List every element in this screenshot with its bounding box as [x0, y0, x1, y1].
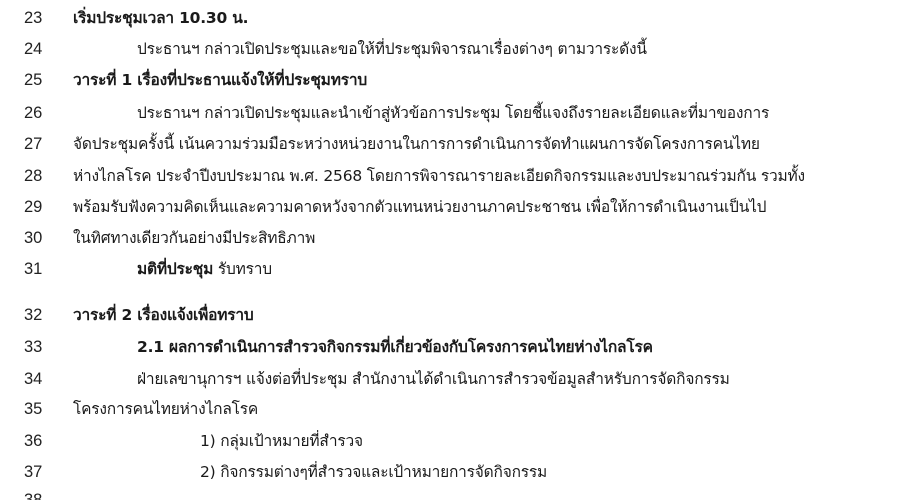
- line-33: 33 2.1 ผลการดำเนินการสำรวจกิจกรรมที่เกี่…: [0, 332, 900, 362]
- line-26: 26 ประธานฯ กล่าวเปิดประชุมและนำเข้าสู่หั…: [0, 98, 900, 128]
- resolution-text: มติที่ประชุม รับทราบ: [137, 254, 867, 284]
- line-number: 36: [24, 426, 54, 456]
- line-28: 28 ห่างไกลโรค ประจำปีงบประมาณ พ.ศ. 2568 …: [0, 161, 900, 191]
- line-number: 34: [24, 364, 54, 394]
- line-number: 26: [24, 98, 54, 128]
- line-number: 23: [24, 3, 54, 33]
- line-30: 30 ในทิศทางเดียวกันอย่างมีประสิทธิภาพ: [0, 223, 900, 253]
- line-37: 37 2) กิจกรรมต่างๆที่สำรวจและเป้าหมายการ…: [0, 457, 900, 487]
- line-23: 23 เริ่มประชุมเวลา 10.30 น.: [0, 3, 900, 33]
- line-number: 31: [24, 254, 54, 284]
- line-number: 30: [24, 223, 54, 253]
- line-number-partial: 38: [24, 492, 42, 500]
- line-24: 24 ประธานฯ กล่าวเปิดประชุมและขอให้ที่ประ…: [0, 34, 900, 64]
- resolution-value: รับทราบ: [213, 260, 272, 278]
- list-item: 2) กิจกรรมต่างๆที่สำรวจและเป้าหมายการจัด…: [200, 457, 547, 487]
- subsection-2-1-heading: 2.1 ผลการดำเนินการสำรวจกิจกรรมที่เกี่ยวข…: [137, 332, 867, 362]
- agenda-2-heading: วาระที่ 2 เรื่องแจ้งเพื่อทราบ: [73, 300, 863, 330]
- paragraph-text: ในทิศทางเดียวกันอย่างมีประสิทธิภาพ: [73, 223, 863, 253]
- line-36: 36 1) กลุ่มเป้าหมายที่สำรวจ: [0, 426, 900, 456]
- paragraph-text: ประธานฯ กล่าวเปิดประชุมและนำเข้าสู่หัวข้…: [137, 98, 867, 128]
- line-32: 32 วาระที่ 2 เรื่องแจ้งเพื่อทราบ: [0, 300, 900, 330]
- agenda-1-heading: วาระที่ 1 เรื่องที่ประธานแจ้งให้ที่ประชุ…: [73, 65, 863, 95]
- line-number: 29: [24, 192, 54, 222]
- meeting-start-heading: เริ่มประชุมเวลา 10.30 น.: [73, 3, 863, 33]
- paragraph-text: ประธานฯ กล่าวเปิดประชุมและขอให้ที่ประชุม…: [137, 34, 867, 64]
- line-number: 28: [24, 161, 54, 191]
- line-number: 35: [24, 394, 54, 424]
- line-35: 35 โครงการคนไทยห่างไกลโรค: [0, 394, 900, 424]
- line-number: 24: [24, 34, 54, 64]
- document-page: 23 เริ่มประชุมเวลา 10.30 น. 24 ประธานฯ ก…: [0, 0, 900, 500]
- paragraph-text: โครงการคนไทยห่างไกลโรค: [73, 394, 863, 424]
- line-number: 27: [24, 129, 54, 159]
- list-item: 1) กลุ่มเป้าหมายที่สำรวจ: [200, 426, 363, 456]
- paragraph-text: ห่างไกลโรค ประจำปีงบประมาณ พ.ศ. 2568 โดย…: [73, 161, 863, 191]
- line-29: 29 พร้อมรับฟังความคิดเห็นและความคาดหวังจ…: [0, 192, 900, 222]
- line-number: 25: [24, 65, 54, 95]
- paragraph-text: จัดประชุมครั้งนี้ เน้นความร่วมมือระหว่าง…: [73, 129, 863, 159]
- line-number: 33: [24, 332, 54, 362]
- line-number: 32: [24, 300, 54, 330]
- line-31: 31 มติที่ประชุม รับทราบ: [0, 254, 900, 284]
- line-34: 34 ฝ่ายเลขานุการฯ แจ้งต่อที่ประชุม สำนัก…: [0, 364, 900, 394]
- paragraph-text: พร้อมรับฟังความคิดเห็นและความคาดหวังจากต…: [73, 192, 863, 222]
- paragraph-text: ฝ่ายเลขานุการฯ แจ้งต่อที่ประชุม สำนักงาน…: [137, 364, 867, 394]
- line-27: 27 จัดประชุมครั้งนี้ เน้นความร่วมมือระหว…: [0, 129, 900, 159]
- resolution-label: มติที่ประชุม: [137, 260, 213, 278]
- line-number: 37: [24, 457, 54, 487]
- line-25: 25 วาระที่ 1 เรื่องที่ประธานแจ้งให้ที่ปร…: [0, 65, 900, 95]
